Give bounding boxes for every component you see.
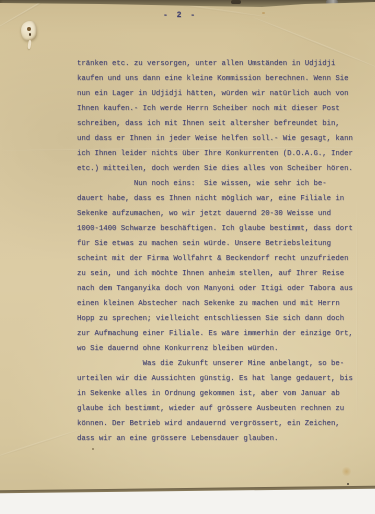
paper-crease — [0, 429, 81, 460]
letter-body: tränken etc. zu versorgen, unter allen U… — [77, 57, 367, 447]
text-line: schreiben, dass ich mit Ihnen seit alter… — [77, 117, 367, 132]
text-line: nun ein Lager in Udjidji hätten, würden … — [77, 87, 367, 102]
text-line: dauert habe, dass es Ihnen nicht möglich… — [77, 192, 367, 207]
paper-crease — [0, 0, 95, 32]
text-line: Ihnen kaufen.- Ich werde Herrn Scheiber … — [77, 102, 367, 117]
text-line: wo Sie dauernd ohne Konkurrenz bleiben w… — [77, 342, 367, 357]
paper-tear-detail — [27, 40, 31, 49]
paper-tear-detail — [29, 33, 31, 36]
text-line: nach dem Tanganyika doch von Manyoni ode… — [77, 282, 367, 297]
binding-mark — [231, 0, 241, 4]
text-line: in Sekenke alles in Ordnung gekommen ist… — [77, 387, 367, 402]
text-line: zur Aufmachung einer Filiale. Es wäre im… — [77, 327, 367, 342]
text-line: für Sie etwas zu machen sein würde. Unse… — [77, 237, 367, 252]
text-line: scheint mit der Firma Wollfahrt & Becken… — [77, 252, 367, 267]
text-line: etc.) mitteilen, doch werden Sie dies al… — [77, 162, 367, 177]
text-line: 1000-1400 Schwarze beschäftigen. Ich gla… — [77, 222, 367, 237]
scanned-letter-page: - 2 - tränken etc. zu versorgen, unter a… — [0, 0, 375, 514]
paper-speck — [262, 12, 265, 14]
paper-speck — [92, 448, 94, 450]
text-line: können. Der Betrieb wird andauernd vergr… — [77, 417, 367, 432]
text-line: zu sein, und ich möchte Ihnen anheim ste… — [77, 267, 367, 282]
text-line: glaube ich bestimmt, wieder auf grössere… — [77, 402, 367, 417]
text-line: Sekenke aufzumachen, wo wir jetzt dauern… — [77, 207, 367, 222]
page-number: - 2 - — [163, 11, 197, 20]
paper-tear — [21, 21, 37, 41]
text-line: tränken etc. zu versorgen, unter allen U… — [77, 57, 367, 72]
text-line: urteilen wir die Aussichten günstig. Es … — [77, 372, 367, 387]
text-line: einen kleinen Abstecher nach Sekenke zu … — [77, 297, 367, 312]
text-line: Hopp zu sprechen; vielleicht entschliess… — [77, 312, 367, 327]
text-line: Was die Zukunft unserer Mine anbelangt, … — [77, 357, 367, 372]
text-line: kaufen und uns dann eine kleine Kommissi… — [77, 72, 367, 87]
text-line: Nun noch eins: Sie wissen, wie sehr ich … — [77, 177, 367, 192]
text-line: dass wir an eine grössere Lebensdauer gl… — [77, 432, 367, 447]
text-line: ich Ihnen leider nichts über Ihre Konkur… — [77, 147, 367, 162]
text-line: und dass er Ihnen in jeder Weise helfen … — [77, 132, 367, 147]
paper-stain — [342, 466, 351, 477]
paper-speck — [347, 483, 349, 485]
letter-paper: - 2 - tränken etc. zu versorgen, unter a… — [0, 0, 375, 494]
paper-tear-detail — [27, 27, 31, 31]
